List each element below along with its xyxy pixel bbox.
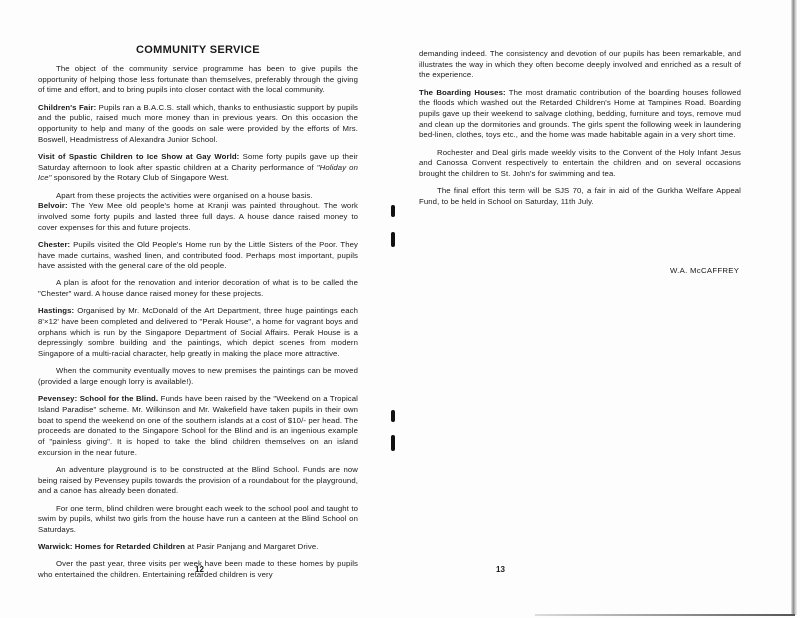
page-12: COMMUNITY SERVICE The object of the comm… [0, 0, 400, 618]
left-column: COMMUNITY SERVICE The object of the comm… [38, 44, 358, 587]
belvoir-paragraph: Belvoir: The Yew Mee old people's home a… [38, 201, 358, 233]
page-edge-shadow [791, 0, 797, 615]
intro-paragraph: The object of the community service prog… [38, 64, 358, 96]
boarding-houses-heading: The Boarding Houses: [419, 88, 506, 97]
boarding-houses-paragraph: The Boarding Houses: The most dramatic c… [419, 88, 741, 142]
chester-paragraph: Chester: Pupils visited the Old People's… [38, 240, 358, 272]
chester-plan-paragraph: A plan is afoot for the renovation and i… [38, 278, 358, 299]
warwick-heading: Warwick: Homes for Retarded Children [38, 542, 185, 551]
adventure-playground-paragraph: An adventure playground is to be constru… [38, 465, 358, 497]
page-number-right: 13 [496, 565, 505, 574]
childrens-fair-heading: Children's Fair: [38, 103, 96, 112]
binding-mark [391, 232, 395, 247]
page-bottom-edge [535, 614, 795, 616]
pevensey-heading: Pevensey: School for the Blind. [38, 394, 158, 403]
right-column: demanding indeed. The consistency and de… [419, 49, 741, 214]
belvoir-heading: Belvoir: [38, 201, 68, 210]
page-title: COMMUNITY SERVICE [38, 44, 358, 56]
swimming-paragraph: For one term, blind children were brough… [38, 504, 358, 536]
hastings-paragraph: Hastings: Organised by Mr. McDonald of t… [38, 306, 358, 360]
final-effort-paragraph: The final effort this term will be SJS 7… [419, 186, 741, 207]
hastings-heading: Hastings: [38, 306, 74, 315]
page-13: demanding indeed. The consistency and de… [400, 0, 800, 618]
rochester-deal-paragraph: Rochester and Deal girls made weekly vis… [419, 148, 741, 180]
binding-mark [391, 435, 395, 451]
chester-heading: Chester: [38, 240, 70, 249]
childrens-fair-paragraph: Children's Fair: Pupils ran a B.A.C.S. s… [38, 103, 358, 146]
page-number-left: 12 [195, 565, 204, 574]
warwick-paragraph: Warwick: Homes for Retarded Children at … [38, 542, 358, 553]
signature: W.A. McCAFFREY [670, 266, 739, 275]
continued-paragraph: demanding indeed. The consistency and de… [419, 49, 741, 81]
hastings-move-paragraph: When the community eventually moves to n… [38, 366, 358, 387]
pevensey-paragraph: Pevensey: School for the Blind. Funds ha… [38, 394, 358, 458]
binding-mark [391, 205, 395, 217]
document-spread: COMMUNITY SERVICE The object of the comm… [0, 0, 800, 618]
binding-mark [391, 410, 395, 422]
spastic-visit-heading: Visit of Spastic Children to Ice Show at… [38, 152, 239, 161]
house-basis-paragraph: Apart from these projects the activities… [38, 191, 358, 202]
spastic-visit-paragraph: Visit of Spastic Children to Ice Show at… [38, 152, 358, 184]
